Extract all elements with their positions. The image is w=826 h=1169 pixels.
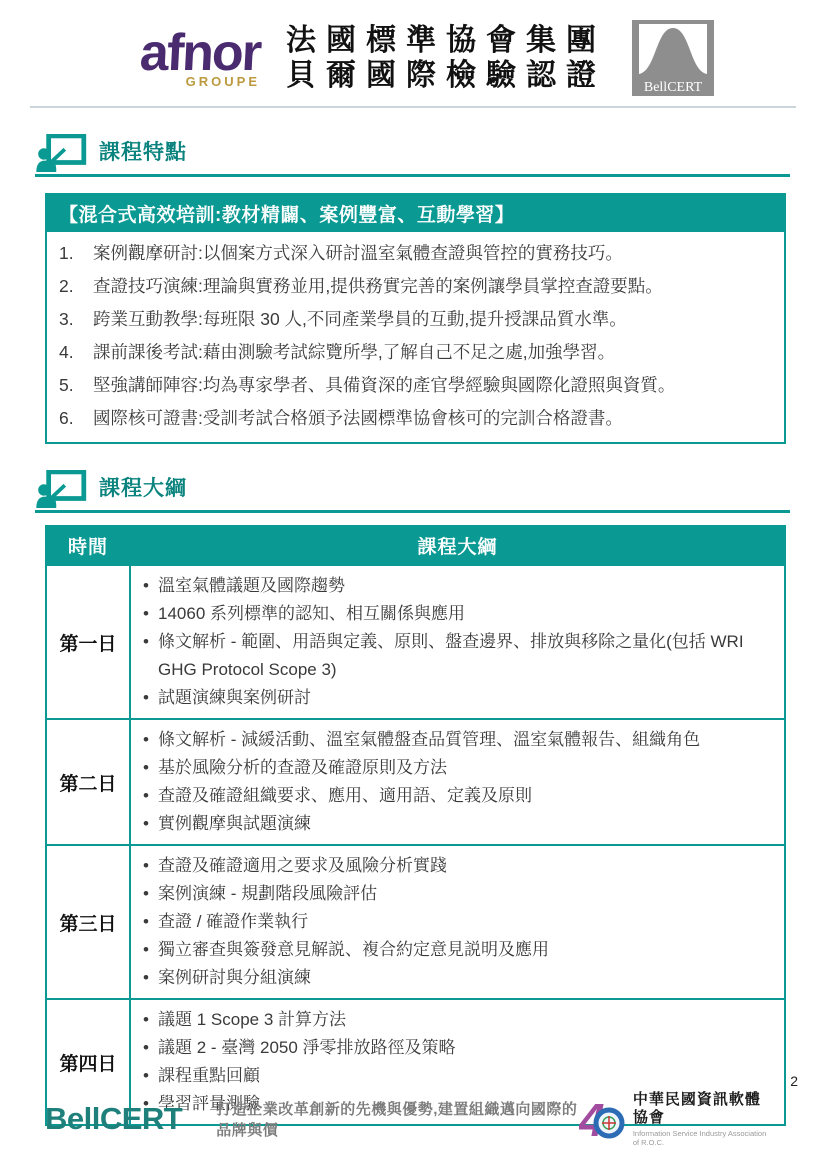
bullet-item: 查證及確證適用之要求及風險分析實踐 [141, 852, 776, 880]
bullet-item: 14060 系列標準的認知、相互關係與應用 [141, 600, 776, 628]
page-title: 法國標準協會集團 貝爾國際檢驗認證 [286, 23, 606, 93]
day-cell: 第二日 [46, 719, 130, 845]
list-item: 5. 堅強講師陣容:均為專家學者、具備資深的產官學經驗與國際化證照與資質。 [59, 369, 770, 402]
bullet-item: 議題 2 - 臺灣 2050 淨零排放路徑及策略 [141, 1034, 776, 1062]
footer-tagline: 打造企業改革創新的先機與優勢,建置組織邁向國際的品牌與價 [216, 1098, 579, 1140]
course-outline-table: 時間 課程大綱 第一日 溫室氣體議題及國際趨勢 14060 系列標準的認知、相互… [45, 525, 786, 1126]
feature-list: 1. 案例觀摩研討:以個案方式深入研討溫室氣體查證與管控的實務技巧。 2. 查證… [47, 232, 784, 442]
bellcert-logo-icon: BellCERT [632, 20, 714, 96]
day-cell: 第三日 [46, 845, 130, 999]
list-item-text: 課前課後考試:藉由測驗考試綜覽所學,了解自己不足之處,加強學習。 [93, 336, 615, 369]
bullet-item: 案例研討與分組演練 [141, 964, 776, 992]
bullet-item: 案例演練 - 規劃階段風險評估 [141, 880, 776, 908]
presenter-board-icon [35, 470, 87, 508]
bullet-item: 實例觀摩與試題演練 [141, 810, 776, 838]
feature-heading: 【混合式高效培訓:教材精闢、案例豐富、互動學習】 [47, 195, 784, 232]
title-line-1: 法國標準協會集團 [286, 23, 606, 58]
table-row: 第一日 溫室氣體議題及國際趨勢 14060 系列標準的認知、相互關係與應用 條文… [46, 565, 785, 719]
feature-box: 【混合式高效培訓:教材精闢、案例豐富、互動學習】 1. 案例觀摩研討:以個案方式… [45, 193, 786, 444]
table-row: 第三日 查證及確證適用之要求及風險分析實踐 案例演練 - 規劃階段風險評估 查證… [46, 845, 785, 999]
list-item-number: 1. [59, 237, 93, 270]
content-cell: 查證及確證適用之要求及風險分析實踐 案例演練 - 規劃階段風險評估 查證 / 確… [130, 845, 785, 999]
association-name: 中華民國資訊軟體協會 [633, 1091, 768, 1127]
list-item-text: 堅強講師陣容:均為專家學者、具備資深的產官學經驗與國際化證照與資質。 [93, 369, 675, 402]
list-item-text: 跨業互動教學:每班限 30 人,不同產業學員的互動,提升授課品質水準。 [93, 303, 627, 336]
association-40th-icon: 4 [579, 1096, 625, 1142]
table-header-row: 時間 課程大綱 [46, 526, 785, 565]
bullet-item: 議題 1 Scope 3 計算方法 [141, 1006, 776, 1034]
list-item-text: 國際核可證書:受訓考試合格頒予法國標準協會核可的完訓合格證書。 [93, 402, 623, 435]
section-title-outline: 課程大綱 [99, 472, 187, 508]
column-header-time: 時間 [46, 526, 130, 565]
list-item: 2. 查證技巧演練:理論與實務並用,提供務實完善的案例讓學員掌控查證要點。 [59, 270, 770, 303]
header-divider [30, 106, 796, 108]
list-item-number: 4. [59, 336, 93, 369]
bellcert-logo-text: BellCERT [644, 80, 703, 95]
list-item: 6. 國際核可證書:受訓考試合格頒予法國標準協會核可的完訓合格證書。 [59, 402, 770, 435]
bullet-item: 課程重點回顧 [141, 1062, 776, 1090]
presenter-board-icon [35, 134, 87, 172]
bullet-item: 獨立審查與簽發意見解説、複合約定意見説明及應用 [141, 936, 776, 964]
afnor-wordmark: afnor [139, 28, 262, 78]
list-item: 3. 跨業互動教學:每班限 30 人,不同產業學員的互動,提升授課品質水準。 [59, 303, 770, 336]
page-footer: 2 BellCERT 打造企業改革創新的先機與優勢,建置組織邁向國際的品牌與價 … [45, 1087, 798, 1151]
day-cell: 第一日 [46, 565, 130, 719]
bullet-item: 基於風險分析的查證及確證原則及方法 [141, 754, 776, 782]
list-item-text: 案例觀摩研討:以個案方式深入研討溫室氣體查證與管控的實務技巧。 [93, 237, 623, 270]
section-title-features: 課程特點 [99, 136, 187, 172]
bullet-item: 查證及確證組織要求、應用、適用語、定義及原則 [141, 782, 776, 810]
content-cell: 溫室氣體議題及國際趨勢 14060 系列標準的認知、相互關係與應用 條文解析 -… [130, 565, 785, 719]
bullet-item: 溫室氣體議題及國際趨勢 [141, 572, 776, 600]
list-item-number: 5. [59, 369, 93, 402]
association-logo-block: 4 中華民國資訊軟體協會 Information Service Industr… [579, 1091, 798, 1147]
section-course-outline: 課程大綱 [35, 470, 790, 513]
content-cell: 條文解析 - 減緩活動、溫室氣體盤查品質管理、溫室氣體報告、組織角色 基於風險分… [130, 719, 785, 845]
afnor-logo: afnor GROUPE [112, 28, 260, 89]
list-item-number: 3. [59, 303, 93, 336]
page-number: 2 [790, 1073, 798, 1089]
bullet-item: 條文解析 - 範圍、用語與定義、原則、盤查邊界、排放與移除之量化(包括 WRI … [141, 628, 776, 684]
table-row: 第二日 條文解析 - 減緩活動、溫室氣體盤查品質管理、溫室氣體報告、組織角色 基… [46, 719, 785, 845]
list-item: 1. 案例觀摩研討:以個案方式深入研討溫室氣體查證與管控的實務技巧。 [59, 237, 770, 270]
list-item-number: 2. [59, 270, 93, 303]
list-item: 4. 課前課後考試:藉由測驗考試綜覽所學,了解自己不足之處,加強學習。 [59, 336, 770, 369]
bullet-item: 條文解析 - 減緩活動、溫室氣體盤查品質管理、溫室氣體報告、組織角色 [141, 726, 776, 754]
title-line-2: 貝爾國際檢驗認證 [286, 58, 606, 93]
bullet-item: 試題演練與案例研討 [141, 684, 776, 712]
association-subtitle: Information Service Industry Association… [633, 1129, 768, 1147]
list-item-text: 查證技巧演練:理論與實務並用,提供務實完善的案例讓學員掌控查證要點。 [93, 270, 663, 303]
document-page: afnor GROUPE 法國標準協會集團 貝爾國際檢驗認證 BellCERT … [0, 0, 826, 1169]
association-text: 中華民國資訊軟體協會 Information Service Industry … [633, 1091, 768, 1147]
page-header: afnor GROUPE 法國標準協會集團 貝爾國際檢驗認證 BellCERT [30, 0, 796, 96]
list-item-number: 6. [59, 402, 93, 435]
column-header-outline: 課程大綱 [130, 526, 785, 565]
section-course-features: 課程特點 [35, 134, 790, 177]
bullet-item: 查證 / 確證作業執行 [141, 908, 776, 936]
bellcert-wordmark: BellCERT [45, 1101, 182, 1137]
